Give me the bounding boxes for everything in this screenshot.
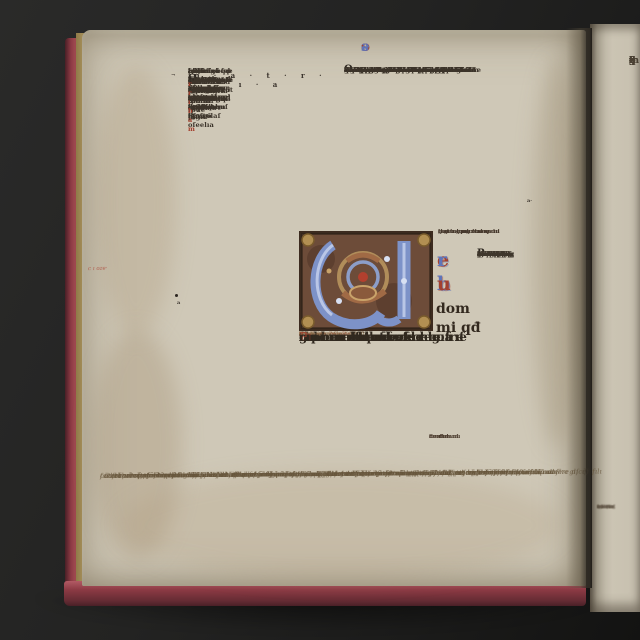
margin-mark: ¬ [171,73,175,78]
facing-page [590,24,640,612]
book-gutter-shadow [566,28,592,588]
display-word-dom: dom [436,302,470,317]
parchment-stain [96,66,176,336]
parchment-stain [120,470,560,580]
margin-mark: a· [527,199,532,204]
display-letter: u [437,274,453,294]
manuscript-photo: me fuıſā ſermquod aī plāeuter ſıcad moʒſ… [0,0,640,640]
title-mark: · [361,40,366,54]
ink-speck [175,294,178,297]
rubric-spaced-letters: r r ı b a m [188,80,201,134]
red-margin-note: c ı oze· [88,266,108,272]
verse-line: cıpıum loquē [299,331,388,344]
margin-mark: a [177,301,180,306]
illuminated-initial-V [299,231,433,331]
display-letter: r [437,250,449,270]
